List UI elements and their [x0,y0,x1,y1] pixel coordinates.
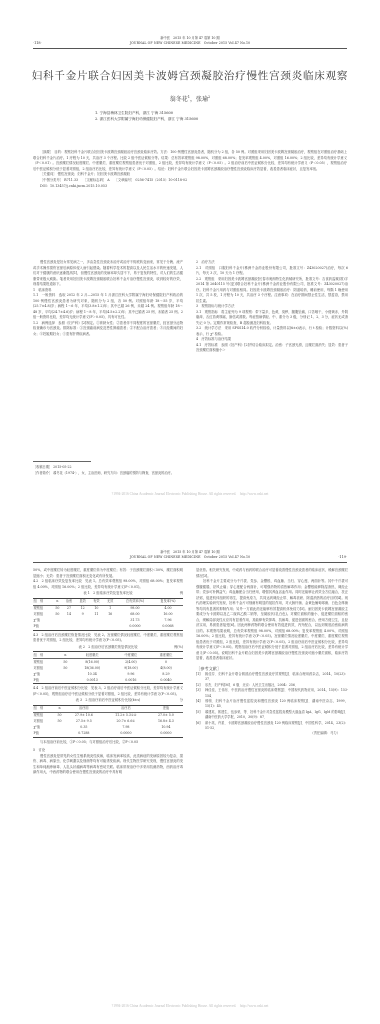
running-head: 新中医 2015 年 10 月第 47 卷第 10 期 JOURNAL OF N… [33,36,347,46]
doi: DOI：10.13457/j.cnki.jncm.2015.10.053 [33,184,347,190]
continued-paragraph: 50%，或中度糜烂转为轻度糜烂，重度糜烂转为中度糜烂；有效：子宫颈糜烂面积＜50… [33,568,183,579]
running-head-en: JOURNAL OF NEW CHINESE MEDICINE October … [33,555,347,560]
right-column: 2 治疗方法 2.1 对照组 口服妇科千金片(株洲千金药业股份有限公司，批准文号… [196,260,348,354]
table-row: P值0.00000.0068 [33,624,183,631]
reference-item: [1]姚佳芬．妇科千金片联合微波治疗慢性宫颈炎疗效观察[J]．临床合理用药杂志，… [196,672,348,683]
abstract-block: ［摘要］ 目的：观察妇科千金片联合妇因美卡波姆宫颈凝胶治疗宫颈炎临床疗效。方法：… [33,150,347,189]
table-header: 中度糜烂 [113,652,149,659]
table-cell: 0.0016 [113,677,149,684]
affiliations: 1. 宁海县梅林卫生院妇产科，浙江 宁海 315600 2. 浙江医科大学附属宁… [95,110,198,122]
table-cell [76,624,90,631]
table-header-row: 组 别 n 治愈 显效 有效 无效 总有效率(%) 复发率(%) [33,598,183,605]
reference-number: [4] [196,699,205,710]
table-2: 表 2 2 组治疗后宫颈糜烂恢复情况比较例(%) 组 别 n 轻度糜烂 中度糜烂… [33,645,183,685]
reference-number: [5] [196,710,205,721]
section-4-1: 4.1 疗效标准 参照《妇产科》[2]并结合临床拟定。治愈：子宫颈光滑，且糜烂面… [196,343,348,354]
left-column: 50%，或中度糜烂转为轻度糜烂，重度糜烂转为中度糜烂；有效：子宫颈糜烂面积＜50… [33,568,183,776]
table-cell [103,624,117,631]
references-list: [1]姚佳芬．妇科千金片联合微波治疗慢性宫颈炎疗效观察[J]．临床合理用药杂志，… [196,672,348,731]
table-header: 治疗后 [103,705,149,712]
authors: 翁冬花1，张瑜2 [0,94,380,103]
table-cell: P值 [33,731,54,738]
section-2-1: 2.1 对照组 口服妇科千金片(株洲千金药业股份有限公司，批准文号：Z43020… [196,266,348,277]
reference-item: [5]翁建英，郭建生，伍参荣，等．妇科千金片对急性盆腔炎模型大鼠血清 IgA、I… [196,710,348,721]
table-header: 总有效率(%) [117,598,153,605]
table-3-caption: 表 3 2 组治疗前后中医证候积分比较(x̄±s)分 [33,698,183,705]
table-header: 轻度糜烂 [72,652,113,659]
table-unit: 例(%) [174,645,183,651]
table-header-row: 组 别 n 治疗前 治疗后 差值 [33,705,183,712]
reference-text: 席小英，许星．卡波姆宫颈凝胶治疗慢性宫颈炎 120 例临床观察[J]．中国性科学… [205,721,348,732]
running-head: 新中医 2015 年 10 月第 47 卷第 10 期 JOURNAL OF N… [33,550,347,560]
author-name: 翁冬花 [170,96,188,103]
table-unit: 例 [180,591,183,597]
reference-item: [3]韩佳佳，王伟东．中医药治疗慢性宫颈炎的临床观察[J]．中国现代药物应用，2… [196,688,348,699]
table-header: 有效 [90,598,104,605]
section-1-2: 1.2 病例选择 参照《妇产科》[2]制定。①育龄女性；②患者伴不同程度的宫颈糜… [33,321,183,338]
section-1-1: 1.1 一般资料 选取 2012 年 2 月—2015 年 1 月浙江医科大学附… [33,293,183,321]
table-cell [54,731,64,738]
table-header: 组 别 [33,598,53,605]
author-name: 张瑜 [196,96,208,103]
table-header: 重度糜烂 [149,652,183,659]
table-header: 治愈 [62,598,76,605]
references-heading: ［参考文献］ [196,666,348,672]
reference-text: 邢驹．妇科千金片治疗慢性盆腔炎和慢性宫颈炎 120 例临床观察[J]．湖南中医杂… [205,699,348,710]
left-column: 慢性宫颈炎是妇女常见病之一，多由急性宫颈炎未治疗或治疗不彻底转变而来，常见于分娩… [33,260,183,337]
footnote-rule [33,461,91,462]
table-header: 无效 [103,598,117,605]
table-caption-text: 表 2 2 组治疗后宫颈糜烂恢复情况比较 [78,645,137,649]
table-cell: P值 [33,677,59,684]
table-cell: 0.0040 [149,677,183,684]
table-3: 表 3 2 组治疗前后中医证候积分比较(x̄±s)分 组 别 n 治疗前 治疗后… [33,698,183,738]
right-column: 显优势。相关研究发现，中成药与西药的联合治疗可显著改善慢性宫颈炎患者的临床症状，… [196,568,348,737]
discussion-paragraph: 妇科千金片主要成分为千斤拔、党参、金樱根、鸡血藤、当归、穿心莲、两面针等。其中千… [196,579,348,662]
table-header: 组 别 [33,652,59,659]
section-2-2: 2.2 观察组 采用妇因美卡波姆宫颈凝胶[长春市奥朗特生化药械研究所，批准文号：… [196,277,348,305]
table-cell: 0.0000 [117,624,153,631]
header-rule [33,562,347,563]
affiliation-item: 2. 浙江医科大学附属宁海妇幼保健院妇产科，浙江 宁海 315600 [95,116,198,122]
table-header-row: 组 别 n 轻度糜烂 中度糜烂 重度糜烂 [33,652,183,659]
table-cell: 0.0013 [72,677,113,684]
copyright-notice: ?1994-2016 China Academic Journal Electr… [0,492,380,497]
table-cell [62,624,76,631]
table-header: n [53,598,62,605]
section-3-1: 3.1 观察指标 将主症列为 9 项观察：带下量多，色黄，臭秽，腰腹坠痛，口苦咽… [196,310,348,327]
table-header: n [59,652,72,659]
table-cell: P值 [33,624,53,631]
table-cell: 0.7288 [65,731,103,738]
table-caption-text: 表 1 2 组临床疗效及复发率比较 [83,591,132,595]
table-header: 差值 [149,705,183,712]
discussion-paragraph: 慢性宫颈炎是常见的女性生殖系统炎性疾病，临床发病率较高，此类病症的发病原因较为复… [33,754,183,776]
table-header: n [54,705,64,712]
footnote-author: ［作者简介］ 翁冬花（1974-），女，主治医师，研究方向：宫颈癌的预防与筛查，… [33,471,348,477]
table-unit: 分 [180,698,183,704]
reference-number: [1] [196,672,205,683]
section-4-2: 4.2 2 组临床疗效及复发率比较 见表 1。总有效率观察组 98.00%，对照… [33,579,183,590]
reference-text: 翁建英，郭建生，伍参荣，等．妇科千金片对急性盆腔炎模型大鼠血清 IgA、IgG、… [205,710,348,721]
reference-item: [6]席小英，许星．卡波姆宫颈凝胶治疗慢性宫颈炎 120 例临床观察[J]．中国… [196,721,348,732]
table-cell: 0.0068 [153,624,183,631]
header-rule [33,48,347,49]
reference-text: 姚佳芬．妇科千金片联合微波治疗慢性宫颈炎疗效观察[J]．临床合理用药杂志，201… [205,672,348,683]
table-1: 表 1 2 组临床疗效及复发率比较例 组 别 n 治愈 显效 有效 无效 总有效… [33,591,183,631]
table-header: 组 别 [33,705,54,712]
table-row: P值0.72880.00000.0000 [33,731,183,738]
footnotes: ［收稿日期］ 2015-05-22 ［作者简介］ 翁冬花（1974-），女，主治… [33,465,348,476]
table-row: P值0.00130.00160.0040 [33,677,183,684]
page-number: ·118· [33,41,42,45]
table-cell [53,624,62,631]
page-118: 新中医 2015 年 10 月第 47 卷第 10 期 JOURNAL OF N… [0,0,380,512]
intro-paragraph: 慢性宫颈炎是妇女常见病之一，多由急性宫颈炎未治疗或治疗不彻底转变而来，常见于分娩… [33,260,183,288]
article-title: 妇科千金片联合妇因美卡波姆宫颈凝胶治疗慢性宫颈炎临床观察 [0,68,380,83]
page-119: 新中医 2015 年 10 月第 47 卷第 10 期 JOURNAL OF N… [0,512,380,1024]
responsible-editor: （责任编辑：马力） [196,731,348,737]
table-header: 显效 [76,598,90,605]
table-cell: 0.0000 [149,731,183,738]
reference-number: [6] [196,721,205,732]
author-affil-marker: 2 [208,95,210,99]
reference-item: [4]邢驹．妇科千金片治疗慢性盆腔炎和慢性宫颈炎 120 例临床观察[J]．湖南… [196,699,348,710]
continued-paragraph: 显优势。相关研究发现，中成药与西药的联合治疗可显著改善慢性宫颈炎患者的临床症状，… [196,568,348,579]
page-number: ·119· [338,555,347,559]
table-cell [59,677,72,684]
running-head-en: JOURNAL OF NEW CHINESE MEDICINE October … [33,41,347,46]
table-cell: 0.0000 [103,731,149,738]
table-3-note: 与本组治疗前比较，①P＜0.05；与对照组治疗后比较，②P＜0.05 [33,740,183,746]
table-2-caption: 表 2 2 组治疗后宫颈糜烂恢复情况比较例(%) [33,645,183,652]
table-header: 治疗前 [65,705,103,712]
reference-number: [3] [196,688,205,699]
section-4-4: 4.4 2 组治疗前后中医证候积分比较 见表 3。2 组治疗前后中医证候积分比较… [33,686,183,697]
section-3-2: 3.2 统计学方法 采用 SPSS14.0 软件分析检验，计量资料以(x̄±s)… [196,326,348,337]
copyright-notice: ?1994-2016 China Academic Journal Electr… [0,1004,380,1009]
table-caption-text: 表 3 2 组治疗前后中医证候积分比较(x̄±s) [76,698,141,702]
table-header: 复发率(%) [153,598,183,605]
section-4-3: 4.3 2 组治疗后宫颈糜烂恢复情况比较 见表 2。宫颈糜烂情况轻度糜烂、中度糜… [33,633,183,644]
abstract-text: ［摘要］ 目的：观察妇科千金片联合妇因美卡波姆宫颈凝胶治疗宫颈炎临床疗效。方法：… [33,150,347,172]
table-1-caption: 表 1 2 组临床疗效及复发率比较例 [33,591,183,598]
reference-text: 韩佳佳，王伟东．中医药治疗慢性宫颈炎的临床观察[J]．中国现代药物应用，2014… [205,688,348,699]
table-cell [90,624,104,631]
